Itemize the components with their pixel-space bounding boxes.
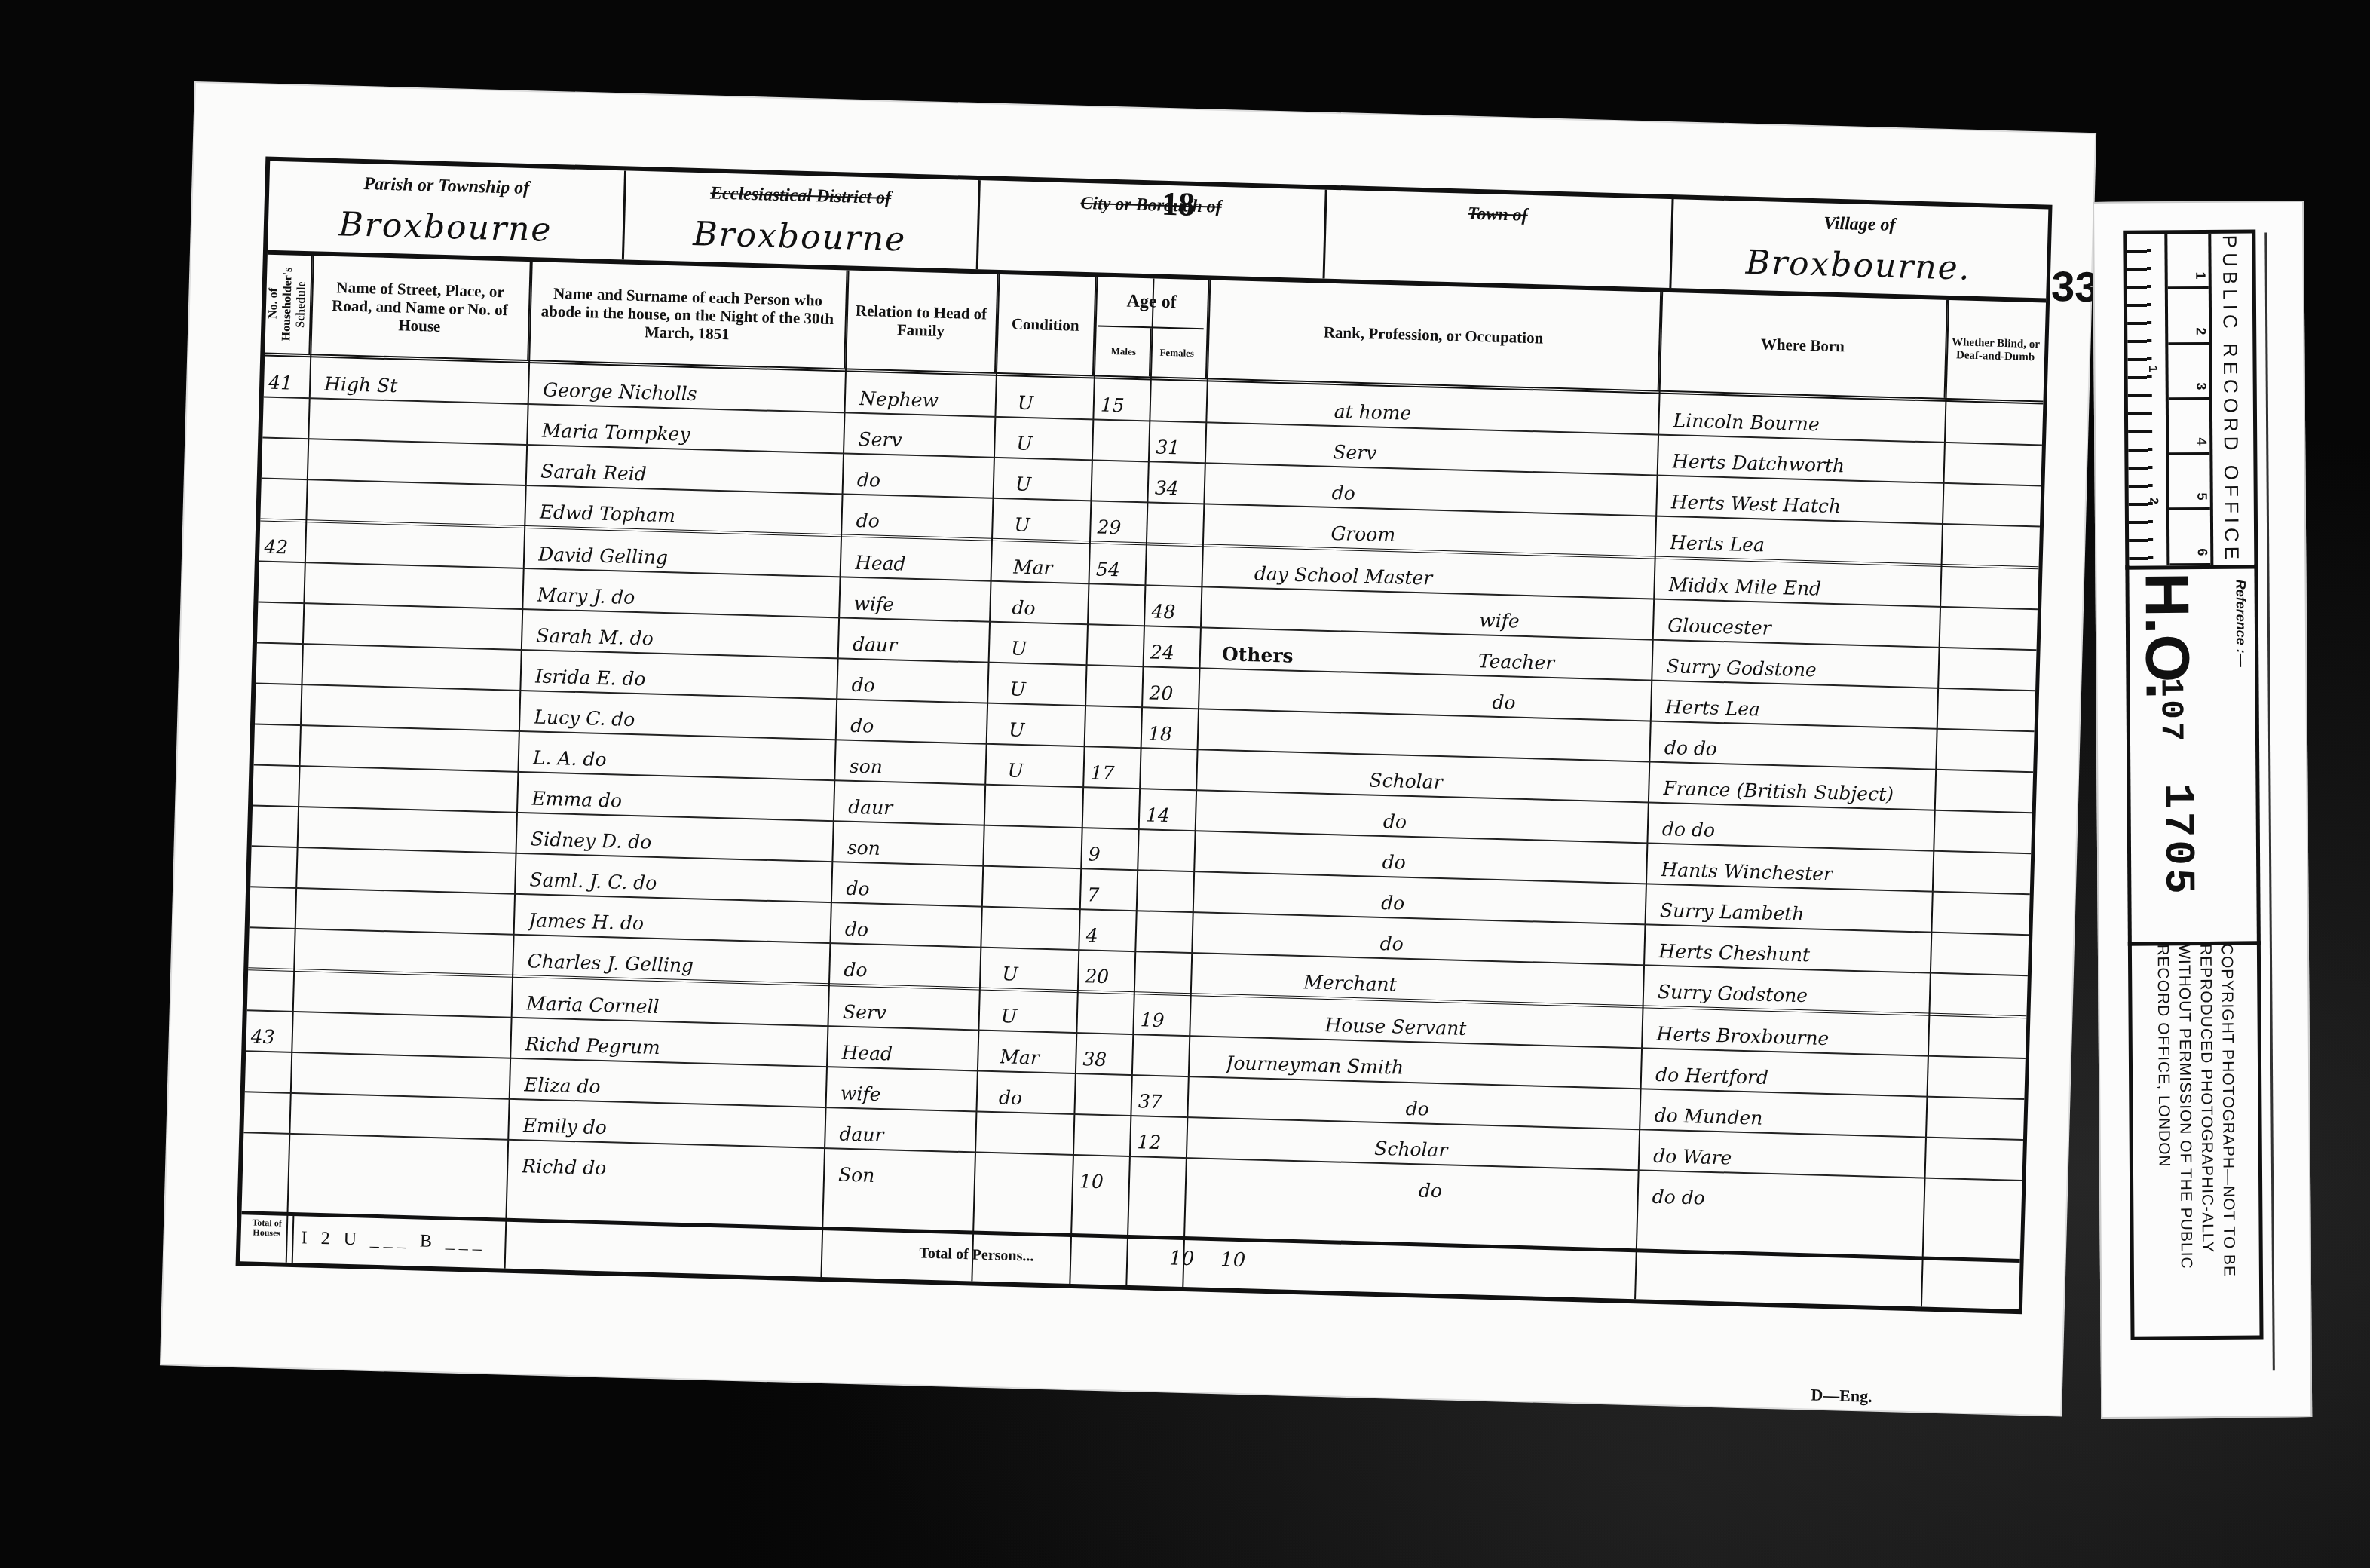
relation: Head xyxy=(855,537,984,580)
city-cell: City or Borough of xyxy=(976,180,1327,278)
male-age xyxy=(1092,706,1138,747)
occupation: Teacher xyxy=(1477,635,1644,679)
occupation: do xyxy=(1405,1083,1632,1129)
reference-label: Reference :— xyxy=(2233,580,2249,667)
total-persons-females: 10 xyxy=(1220,1248,1246,1272)
copyright-notice: COPYRIGHT PHOTOGRAPH—NOT TO BE REPRODUCE… xyxy=(2151,944,2240,1337)
occupation: do xyxy=(1381,877,1638,923)
street xyxy=(310,890,507,934)
relation: do xyxy=(844,904,973,947)
person-name: Eliza do xyxy=(524,1059,819,1107)
relation: do xyxy=(856,495,984,538)
parish-value: Broxbourne xyxy=(283,204,608,251)
female-age xyxy=(1153,504,1199,544)
total-persons-label: Total of Persons... xyxy=(919,1245,1034,1266)
schedule-number xyxy=(250,1052,291,1092)
ecclesiastical-cell: Ecclesiastical District of Broxbourne xyxy=(622,170,981,269)
male-age: 9 xyxy=(1088,828,1134,869)
relation: daur xyxy=(853,619,981,662)
relation: do xyxy=(851,660,980,703)
street xyxy=(320,481,517,525)
schedule-number xyxy=(262,562,304,602)
male-age xyxy=(1095,585,1141,626)
relation: Serv xyxy=(842,987,971,1030)
total-houses-value: I 2 U ___ B ___ xyxy=(301,1228,486,1254)
col-where-born: Where Born xyxy=(1659,292,1948,398)
page-number: 33 xyxy=(2050,262,2099,312)
street xyxy=(317,605,514,649)
relation: do xyxy=(850,700,979,743)
strip-edge-line xyxy=(2264,232,2275,1370)
male-age xyxy=(1089,788,1135,828)
reference-box: Reference :— H.O. 107 1705 xyxy=(2125,564,2261,945)
person-name: Saml. J. C. do xyxy=(529,854,824,902)
person-name: Charles J. Gelling xyxy=(527,936,822,983)
male-age xyxy=(1098,461,1144,502)
occupation: Scholar xyxy=(1374,1123,1631,1169)
street xyxy=(323,400,519,444)
reference-class: 107 xyxy=(2152,678,2189,744)
male-age: 17 xyxy=(1090,747,1136,788)
condition xyxy=(997,1113,1066,1153)
schedule-number xyxy=(255,847,296,887)
street xyxy=(315,686,512,730)
street xyxy=(303,1135,500,1179)
condition: U xyxy=(1002,948,1070,989)
female-age xyxy=(1141,952,1187,993)
ecclesiastical-value: Broxbourne xyxy=(637,213,962,261)
where-born: do do xyxy=(1652,1171,1920,1218)
where-born: Herts Cheshunt xyxy=(1658,926,1927,972)
male-age: 29 xyxy=(1097,502,1143,543)
condition: U xyxy=(1009,704,1077,745)
town-cell: Town of xyxy=(1323,190,1674,288)
schedule-number xyxy=(259,725,300,765)
person-name: Lucy C. do xyxy=(534,691,828,739)
occupation: House Servant xyxy=(1324,1000,1634,1047)
where-born: Herts West Hatch xyxy=(1670,476,1939,523)
census-rows: 41 High St George Nicholls Nephew U 15 a… xyxy=(243,357,2043,1220)
cm-mark: 4 xyxy=(2194,438,2209,446)
where-born: Herts Datchworth xyxy=(1672,436,1940,482)
schedule-number: 42 xyxy=(264,522,305,562)
female-age: 20 xyxy=(1149,668,1195,709)
inch-mark: 2 xyxy=(2146,498,2160,504)
col-name: Name and Surname of each Person who abod… xyxy=(528,262,847,368)
schedule-number xyxy=(247,1133,289,1173)
reference-piece: 1705 xyxy=(2153,783,2202,897)
person-name: Richd do xyxy=(522,1141,816,1188)
where-born: Gloucester xyxy=(1667,600,1936,647)
street xyxy=(311,849,507,893)
office-title: PUBLIC RECORD OFFICE xyxy=(2212,234,2248,565)
condition: U xyxy=(1016,418,1085,459)
condition xyxy=(1005,826,1073,867)
schedule-number xyxy=(248,1092,289,1132)
street xyxy=(322,440,519,485)
census-page: 18 33 Parish or Township of Broxbourne E… xyxy=(161,83,2095,1416)
female-age: 14 xyxy=(1146,789,1192,830)
person-name: Mary J. do xyxy=(537,570,831,617)
condition: U xyxy=(1009,664,1078,705)
condition: do xyxy=(998,1072,1067,1113)
where-born: Lincoln Bourne xyxy=(1673,395,1941,442)
female-age xyxy=(1144,830,1190,871)
female-age xyxy=(1144,871,1190,911)
occupation: Scholar xyxy=(1369,755,1641,801)
street xyxy=(312,808,509,853)
cm-mark: 2 xyxy=(2193,327,2209,335)
female-age xyxy=(1147,749,1193,789)
person-name: Sarah Reid xyxy=(540,446,835,494)
schedule-number xyxy=(252,970,293,1010)
totals-row: Total of Houses I 2 U ___ B ___ Total of… xyxy=(240,1211,2020,1309)
relation: Nephew xyxy=(859,373,988,416)
col-condition: Condition xyxy=(996,274,1096,375)
schedule-number xyxy=(254,888,295,928)
street xyxy=(314,727,511,771)
village-value: Broxbourne. xyxy=(1685,242,2032,289)
female-age: 34 xyxy=(1154,463,1200,504)
col-blind-deaf: Whether Blind, or Deaf-and-Dumb xyxy=(1946,300,2046,400)
occupation: Groom xyxy=(1330,508,1648,556)
female-age: 31 xyxy=(1156,422,1202,463)
male-age xyxy=(1094,626,1140,666)
occupation xyxy=(1325,713,1643,761)
male-age xyxy=(1080,1115,1126,1156)
occupation: at home xyxy=(1334,386,1651,433)
schedule-number xyxy=(259,684,301,724)
relation: do xyxy=(857,455,986,498)
relation: do xyxy=(844,945,972,988)
street xyxy=(318,564,515,608)
street: High St xyxy=(324,359,521,403)
female-age xyxy=(1142,911,1188,952)
male-age: 20 xyxy=(1085,951,1131,991)
street xyxy=(320,523,516,568)
schedule-number: 43 xyxy=(250,1011,292,1051)
where-born: Surry Lambeth xyxy=(1660,885,1928,932)
others-annotation: Others xyxy=(1222,629,1373,672)
female-age xyxy=(1139,1035,1185,1076)
street xyxy=(308,929,505,974)
village-cell: Village of Broxbourne. xyxy=(1669,199,2048,298)
relation: Head xyxy=(841,1027,970,1070)
inch-mark: 1 xyxy=(2145,366,2159,372)
where-born: Surry Godstone xyxy=(1666,641,1934,688)
col-relation: Relation to Head of Family xyxy=(845,270,998,372)
females-label: Females xyxy=(1150,328,1204,378)
condition: U xyxy=(1007,745,1076,786)
schedule-number xyxy=(256,807,298,847)
total-houses-label: Total of Houses xyxy=(240,1214,295,1263)
occupation: do xyxy=(1492,677,1643,720)
schedule-number xyxy=(265,479,306,519)
condition xyxy=(1004,867,1073,908)
person-name: Isrida E. do xyxy=(534,651,829,698)
cm-mark: 6 xyxy=(2194,548,2210,556)
relation: daur xyxy=(848,782,977,825)
person-name: Edwd Topham xyxy=(539,487,834,534)
person-name: Emily do xyxy=(522,1100,817,1147)
col-street: Name of Street, Place, or Road, and Name… xyxy=(310,256,531,360)
col-schedule-no: No. of Householder's Schedule xyxy=(265,255,312,354)
schedule-number: 41 xyxy=(268,357,310,397)
street xyxy=(316,645,513,690)
where-born: Middx Mile End xyxy=(1668,559,1937,606)
person-name: Sidney D. do xyxy=(531,813,825,861)
condition: Mar xyxy=(1000,1031,1068,1072)
relation: wife xyxy=(853,578,982,621)
parish-cell: Parish or Township of Broxbourne xyxy=(268,161,626,260)
occupation: do xyxy=(1382,837,1639,883)
where-born: France (British Subject) xyxy=(1663,763,1931,810)
where-born: do Ware xyxy=(1653,1131,1921,1178)
occupation: do xyxy=(1383,796,1640,842)
male-age: 7 xyxy=(1087,869,1133,910)
relation: wife xyxy=(841,1068,969,1111)
village-label: Village of xyxy=(1670,210,2048,240)
where-born: do do xyxy=(1661,804,1930,850)
condition xyxy=(1003,908,1071,948)
schedule-number xyxy=(261,644,302,684)
relation: son xyxy=(849,741,978,784)
where-born: Herts Lea xyxy=(1665,681,1934,728)
schedule-number xyxy=(257,766,299,806)
where-born: Hants Winchester xyxy=(1661,844,1929,891)
male-age: 54 xyxy=(1095,544,1141,585)
street xyxy=(304,1094,501,1138)
condition: U xyxy=(1011,623,1079,664)
relation: Serv xyxy=(858,414,987,457)
condition: U xyxy=(1014,500,1082,541)
female-age: 48 xyxy=(1151,586,1197,627)
occupation: Serv xyxy=(1333,427,1650,474)
female-age: 12 xyxy=(1137,1116,1183,1157)
occupation: wife xyxy=(1479,595,1646,639)
schedule-number xyxy=(262,603,303,643)
street xyxy=(313,767,510,812)
street xyxy=(306,1012,503,1057)
ecclesiastical-label: Ecclesiastical District of xyxy=(623,181,978,211)
person-name: Sarah M. do xyxy=(536,610,831,657)
female-age xyxy=(1152,546,1198,586)
male-age xyxy=(1099,421,1145,461)
condition: U xyxy=(1000,991,1069,1031)
condition xyxy=(1006,786,1075,826)
male-age: 4 xyxy=(1085,910,1131,951)
relation: Son xyxy=(838,1150,967,1193)
male-age xyxy=(1092,666,1138,706)
relation: do xyxy=(846,863,975,906)
measurement-ruler: 1 2 1 2 3 4 5 6 PUBLIC RECORD OFFICE xyxy=(2123,229,2258,569)
relation: son xyxy=(847,822,975,865)
female-age: 18 xyxy=(1148,708,1194,749)
where-born: Herts Lea xyxy=(1670,517,1938,564)
male-age xyxy=(1081,1074,1127,1115)
census-table: Parish or Township of Broxbourne Ecclesi… xyxy=(236,157,2053,1315)
where-born: do do xyxy=(1664,722,1932,769)
col-occupation: Rank, Profession, or Occupation xyxy=(1207,280,1661,390)
condition xyxy=(997,1153,1065,1194)
town-value xyxy=(1339,232,1655,240)
occupation: do xyxy=(1379,918,1637,964)
condition: Mar xyxy=(1013,542,1082,583)
female-age xyxy=(1156,381,1202,422)
pro-reference-strip: 1 2 1 2 3 4 5 6 PUBLIC RECORD OFFICE Ref… xyxy=(2093,201,2312,1419)
occupation: do xyxy=(1331,467,1649,515)
town-label: Town of xyxy=(1324,201,1672,230)
schedule-number xyxy=(253,928,294,968)
condition: U xyxy=(1015,459,1084,500)
male-age: 15 xyxy=(1100,380,1146,421)
street xyxy=(308,972,504,1016)
cm-scale: 1 2 3 4 5 6 xyxy=(2167,234,2213,565)
where-born: Herts Broxbourne xyxy=(1656,1009,1924,1055)
occupation: do xyxy=(1418,1165,1630,1210)
males-label: Males xyxy=(1097,326,1152,376)
city-value xyxy=(992,223,1309,231)
schedule-number xyxy=(267,398,308,438)
person-name: David Gelling xyxy=(538,529,833,577)
cm-mark: 3 xyxy=(2193,382,2209,390)
schedule-number xyxy=(266,439,308,479)
person-name: Richd Pegrum xyxy=(525,1018,819,1066)
female-age: 19 xyxy=(1140,994,1186,1035)
female-age xyxy=(1135,1157,1181,1198)
person-name: George Nicholls xyxy=(543,365,837,412)
total-persons-males: 10 xyxy=(1169,1248,1195,1271)
form-code: D—Eng. xyxy=(1811,1386,1872,1407)
person-name: Maria Cornell xyxy=(526,978,821,1025)
cm-mark: 5 xyxy=(2194,493,2209,501)
occupation: Merchant xyxy=(1303,957,1636,1005)
city-label: City or Borough of xyxy=(978,191,1325,220)
where-born: do Hertford xyxy=(1655,1049,1924,1096)
male-age: 10 xyxy=(1079,1156,1125,1196)
male-age: 38 xyxy=(1082,1034,1128,1074)
ruler-ticks xyxy=(2127,234,2169,565)
street xyxy=(305,1053,502,1098)
copyright-notice-box: COPYRIGHT PHOTOGRAPH—NOT TO BE REPRODUCE… xyxy=(2128,941,2264,1340)
male-age xyxy=(1083,993,1129,1034)
female-age: 24 xyxy=(1150,627,1196,668)
female-age: 37 xyxy=(1138,1076,1183,1116)
person-name: Emma do xyxy=(531,773,826,820)
where-born: do Munden xyxy=(1654,1090,1922,1137)
where-born: Surry Godstone xyxy=(1658,966,1926,1013)
parish-label: Parish or Township of xyxy=(269,172,624,202)
condition: do xyxy=(1012,583,1080,623)
relation: daur xyxy=(839,1109,968,1152)
person-name: L. A. do xyxy=(532,732,827,779)
person-name: Maria Tompkey xyxy=(541,406,836,453)
condition: U xyxy=(1017,378,1085,418)
cm-mark: 1 xyxy=(2192,272,2208,280)
person-name: James H. do xyxy=(528,895,823,942)
